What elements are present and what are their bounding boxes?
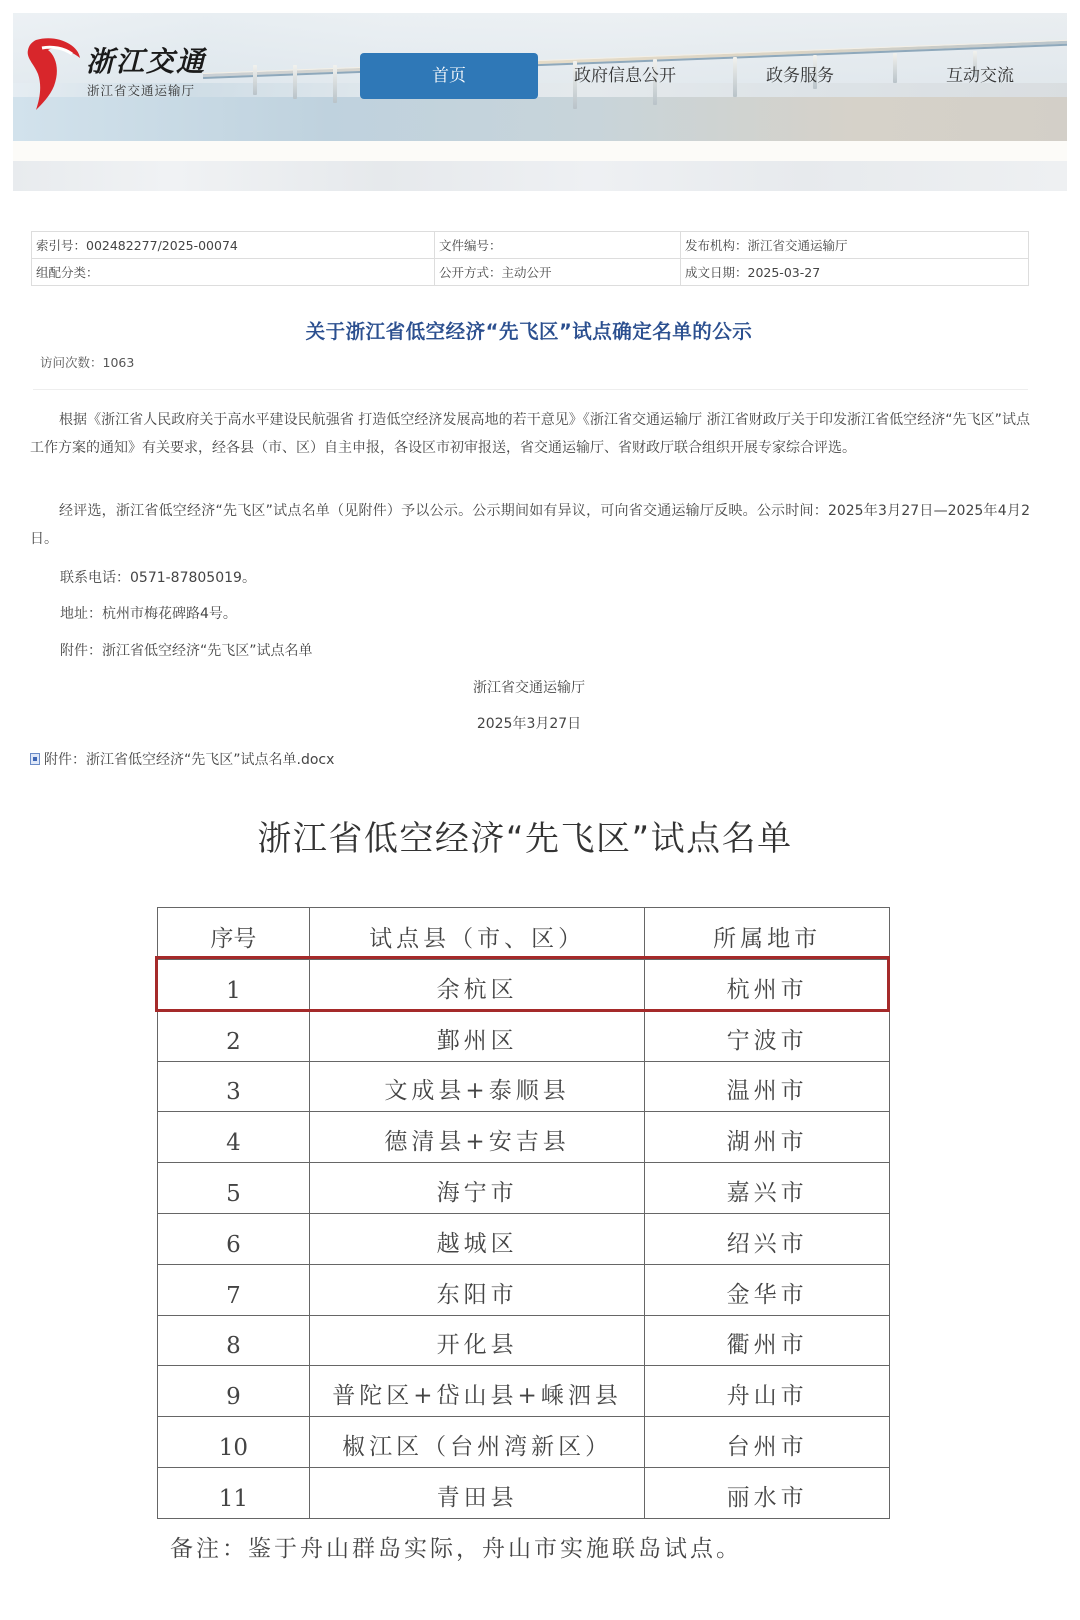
cell-area: 椒江区（台州湾新区） [309,1417,645,1468]
cell-city: 湖州市 [645,1112,890,1163]
docx-file-icon [30,753,40,765]
table-row: 5 海宁市 嘉兴市 [158,1163,890,1214]
divider [33,389,1028,390]
bridge-pillar [293,65,297,99]
cell-city: 杭州市 [645,960,890,1011]
col-header-no: 序号 [158,908,310,960]
cell-no: 9 [158,1366,310,1417]
meta-date: 成文日期：2025-03-27 [681,259,1029,286]
address: 地址：杭州市梅花碑路4号。 [60,603,237,623]
cell-no: 11 [158,1467,310,1518]
table-header-row: 序号 试点县（市、区） 所属地市 [158,908,890,960]
table-row: 2 鄞州区 宁波市 [158,1010,890,1061]
cell-area: 余杭区 [309,960,645,1011]
attachment-note: 附件：浙江省低空经济“先飞区”试点名单 [60,640,313,660]
cell-area: 鄞州区 [309,1010,645,1061]
table-row: 11 青田县 丽水市 [158,1467,890,1518]
brand-subtitle: 浙江省交通运输厅 [87,81,195,99]
table-row: 6 越城区 绍兴市 [158,1213,890,1264]
nav-home[interactable]: 首页 [360,53,538,99]
meta-doc-no: 文件编号： [435,232,681,259]
cell-area: 东阳市 [309,1264,645,1315]
table-row: 3 文成县+泰顺县 温州市 [158,1061,890,1112]
cell-area: 海宁市 [309,1163,645,1214]
attachment-download-link[interactable]: 附件：浙江省低空经济“先飞区”试点名单.docx [30,749,334,769]
site-logo[interactable]: 浙江交通 浙江省交通运输厅 [26,36,226,111]
article-title: 关于浙江省低空经济“先飞区”试点确定名单的公示 [0,316,1058,344]
table-row: 9 普陀区+岱山县+嵊泗县 舟山市 [158,1366,890,1417]
cell-no: 8 [158,1315,310,1366]
cell-city: 台州市 [645,1417,890,1468]
logo-swoosh-icon [26,36,82,111]
signer: 浙江省交通运输厅 [0,677,1058,697]
document-meta-table: 索引号：002482277/2025-00074 文件编号： 发布机构：浙江省交… [31,231,1029,286]
table-row: 8 开化县 衢州市 [158,1315,890,1366]
cell-no: 5 [158,1163,310,1214]
cell-area: 越城区 [309,1213,645,1264]
nav-gov-services[interactable]: 政务服务 [745,53,855,99]
banner-subnav-strip [13,161,1067,191]
cell-no: 1 [158,960,310,1011]
nav-gov-info[interactable]: 政府信息公开 [555,53,695,99]
table-row: 1 余杭区 杭州市 [158,960,890,1011]
table-row: 4 德清县+安吉县 湖州市 [158,1112,890,1163]
document-title: 浙江省低空经济“先飞区”试点名单 [0,811,1050,860]
meta-category: 组配分类： [32,259,435,286]
meta-disclosure: 公开方式：主动公开 [435,259,681,286]
meta-publisher: 发布机构：浙江省交通运输厅 [681,232,1029,259]
cell-city: 衢州市 [645,1315,890,1366]
bridge-pillar [333,65,337,103]
nav-interaction[interactable]: 互动交流 [925,53,1035,99]
cell-area: 开化县 [309,1315,645,1366]
cell-area: 文成县+泰顺县 [309,1061,645,1112]
visit-count: 访问次数：1063 [40,353,134,371]
cell-no: 10 [158,1417,310,1468]
cell-area: 普陀区+岱山县+嵊泗县 [309,1366,645,1417]
col-header-city: 所属地市 [645,908,890,960]
article-paragraph: 经评选，浙江省低空经济“先飞区”试点名单（见附件）予以公示。公示期间如有异议，可… [30,498,1030,553]
cell-no: 2 [158,1010,310,1061]
brand-calligraphy: 浙江交通 [86,40,206,80]
meta-index-no: 索引号：002482277/2025-00074 [32,232,435,259]
cell-city: 金华市 [645,1264,890,1315]
cell-city: 宁波市 [645,1010,890,1061]
cell-city: 温州市 [645,1061,890,1112]
table-row: 10 椒江区（台州湾新区） 台州市 [158,1417,890,1468]
cell-city: 绍兴市 [645,1213,890,1264]
main-nav: 首页 政府信息公开 政务服务 互动交流 [360,53,1050,99]
bridge-pillar [253,65,257,95]
article-paragraph: 根据《浙江省人民政府关于高水平建设民航强省 打造低空经济发展高地的若干意见》《浙… [30,407,1030,462]
col-header-area: 试点县（市、区） [309,908,645,960]
contact-phone: 联系电话：0571-87805019。 [60,567,256,587]
cell-area: 青田县 [309,1467,645,1518]
cell-city: 嘉兴市 [645,1163,890,1214]
cell-no: 6 [158,1213,310,1264]
cell-area: 德清县+安吉县 [309,1112,645,1163]
cell-no: 3 [158,1061,310,1112]
cell-no: 4 [158,1112,310,1163]
banner-strip [13,141,1067,161]
cell-city: 舟山市 [645,1366,890,1417]
attachment-link-text: 附件：浙江省低空经济“先飞区”试点名单.docx [44,749,334,769]
cell-no: 7 [158,1264,310,1315]
table-remark: 备注：鉴于舟山群岛实际，舟山市实施联岛试点。 [170,1530,742,1563]
cell-city: 丽水市 [645,1467,890,1518]
sign-date: 2025年3月27日 [0,713,1058,733]
table-row: 7 东阳市 金华市 [158,1264,890,1315]
pilot-list-table: 序号 试点县（市、区） 所属地市 1 余杭区 杭州市 2 鄞州区 宁波市 3 文… [157,907,890,1519]
